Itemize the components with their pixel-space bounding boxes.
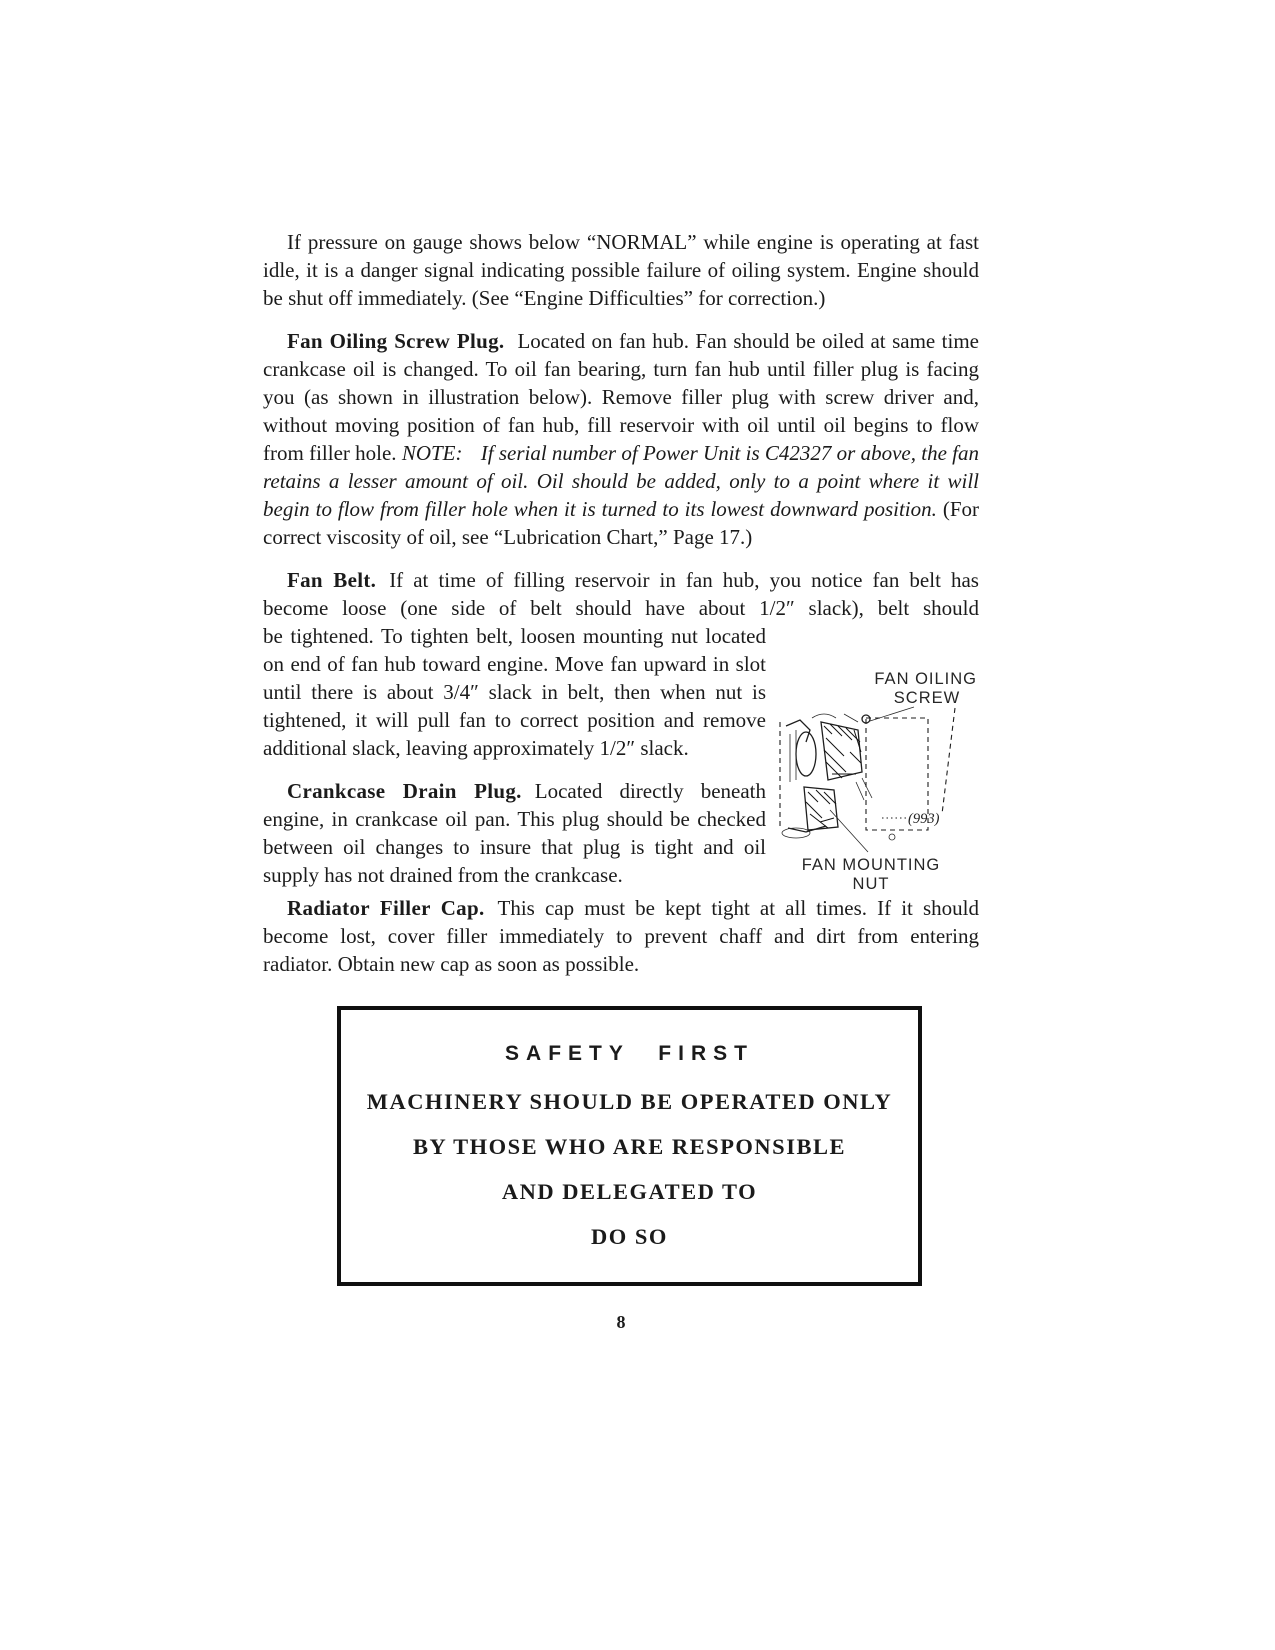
fan-figure: FAN OILING SCREW <box>766 622 979 894</box>
page-number: 8 <box>263 1308 979 1336</box>
paragraph-fan-oiling: Fan Oiling Screw Plug.Located on fan hub… <box>263 327 979 551</box>
safety-box-line: BY THOSE WHO ARE RESPONSIBLE <box>341 1134 918 1160</box>
safety-box-line: MACHINERY SHOULD BE OPERATED ONLY <box>341 1089 918 1115</box>
safety-box-line: DO SO <box>341 1224 918 1250</box>
safety-box-title: SAFETY FIRST <box>341 1040 918 1068</box>
paragraph-crankcase: Crankcase Drain Plug.Located directly be… <box>263 777 766 889</box>
fan-oiling-screw-label-line1: FAN OILING <box>874 670 977 688</box>
paragraph-fan-belt-intro: Fan Belt.If at time of filling reservoir… <box>263 566 979 622</box>
paragraph-fan-belt-continued: be tightened. To tighten belt, loosen mo… <box>263 622 766 762</box>
fan-sketch <box>780 714 928 840</box>
fan-belt-heading: Fan Belt. <box>287 568 376 592</box>
fan-belt-body-beside-figure: be tightened. To tighten belt, loosen mo… <box>263 624 766 760</box>
leader-line-oiling-screw <box>870 707 914 721</box>
safety-first-box: SAFETY FIRST MACHINERY SHOULD BE OPERATE… <box>337 1006 922 1286</box>
text-and-figure-row: be tightened. To tighten belt, loosen mo… <box>263 622 979 894</box>
figure-number: (993) <box>908 811 940 827</box>
text-column: If pressure on gauge shows below “NORMAL… <box>263 228 979 1336</box>
narrow-text-column: be tightened. To tighten belt, loosen mo… <box>263 622 766 894</box>
paragraph-radiator: Radiator Filler Cap.This cap must be kep… <box>263 894 979 978</box>
manual-page: If pressure on gauge shows below “NORMAL… <box>0 0 1275 1650</box>
oil-pressure-text: If pressure on gauge shows below “NORMAL… <box>263 230 979 310</box>
fan-illustration: FAN OILING SCREW <box>766 622 979 894</box>
crankcase-heading: Crankcase Drain Plug. <box>287 779 522 803</box>
safety-box-line: AND DELEGATED TO <box>341 1179 918 1205</box>
paragraph-oil-pressure: If pressure on gauge shows below “NORMAL… <box>263 228 979 312</box>
fan-oiling-note-label: NOTE: <box>402 441 463 465</box>
dashed-reference-line <box>942 708 955 814</box>
fan-mounting-nut-label-line1: FAN MOUNTING <box>802 856 941 874</box>
fan-mounting-nut-label-line2: NUT <box>853 875 890 893</box>
fan-oiling-screw-label-line2: SCREW <box>894 689 960 707</box>
radiator-heading: Radiator Filler Cap. <box>287 896 485 920</box>
fan-oiling-heading: Fan Oiling Screw Plug. <box>287 329 504 353</box>
leader-line-mounting-nut <box>830 810 868 852</box>
